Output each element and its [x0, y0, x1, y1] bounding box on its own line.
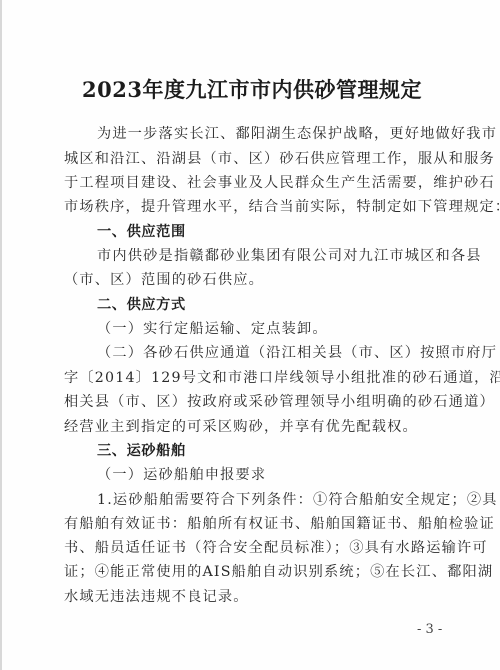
paragraph-line: 1.运砂船舶需要符合下列条件：①符合船舶安全规定；②具	[97, 491, 497, 509]
paragraph-line: 市场秩序，提升管理水平，结合当前实际，特制定如下管理规定：	[64, 198, 464, 216]
paragraph-line: 为进一步落实长江、鄱阳湖生态保护战略，更好地做好我市	[97, 125, 497, 143]
page-number: - 3 -	[417, 622, 442, 637]
subsection-heading: （一）运砂船舶申报要求	[97, 466, 497, 484]
paragraph-line: 于工程项目建设、社会事业及人民群众生产生活需要，维护砂石	[64, 174, 464, 192]
paragraph-line: （二）各砂石供应通道（沿江相关县（市、区）按照市府厅	[97, 344, 497, 362]
paragraph-line: 证；④能正常使用的AIS船舶自动识别系统；⑤在长江、鄱阳湖	[64, 563, 464, 581]
paragraph-line: （市、区）范围的砂石供应。	[64, 271, 464, 289]
section-heading: 一、供应范围	[97, 223, 497, 241]
paragraph-line: 市内供砂是指赣鄱砂业集团有限公司对九江市城区和各县	[97, 247, 497, 265]
paragraph-line: 相关县（市、区）按政府或采砂管理领导小组明确的砂石通道）	[64, 393, 464, 411]
paragraph-line: 城区和沿江、沿湖县（市、区）砂石供应管理工作，服从和服务	[64, 150, 464, 168]
paragraph-line: 书、船员适任证书（符合安全配员标准）；③具有水路运输许可	[64, 539, 464, 557]
document-title: 2023年度九江市市内供砂管理规定	[2, 74, 500, 104]
section-heading: 二、供应方式	[97, 296, 497, 314]
section-heading: 三、运砂船舶	[97, 442, 497, 460]
paragraph-line: （一）实行定船运输、定点装卸。	[97, 320, 497, 338]
paragraph-line: 水域无违法违规不良记录。	[64, 588, 464, 606]
document-page: 2023年度九江市市内供砂管理规定 为进一步落实长江、鄱阳湖生态保护战略，更好地…	[0, 0, 500, 670]
paragraph-line: 有船舶有效证书：船舶所有权证书、船舶国籍证书、船舶检验证	[64, 515, 464, 533]
paragraph-line: 字〔2014〕129号文和市港口岸线领导小组批准的砂石通道，沿湖	[64, 369, 464, 387]
paragraph-line: 经营业主到指定的可采区购砂，并享有优先配载权。	[64, 418, 464, 436]
